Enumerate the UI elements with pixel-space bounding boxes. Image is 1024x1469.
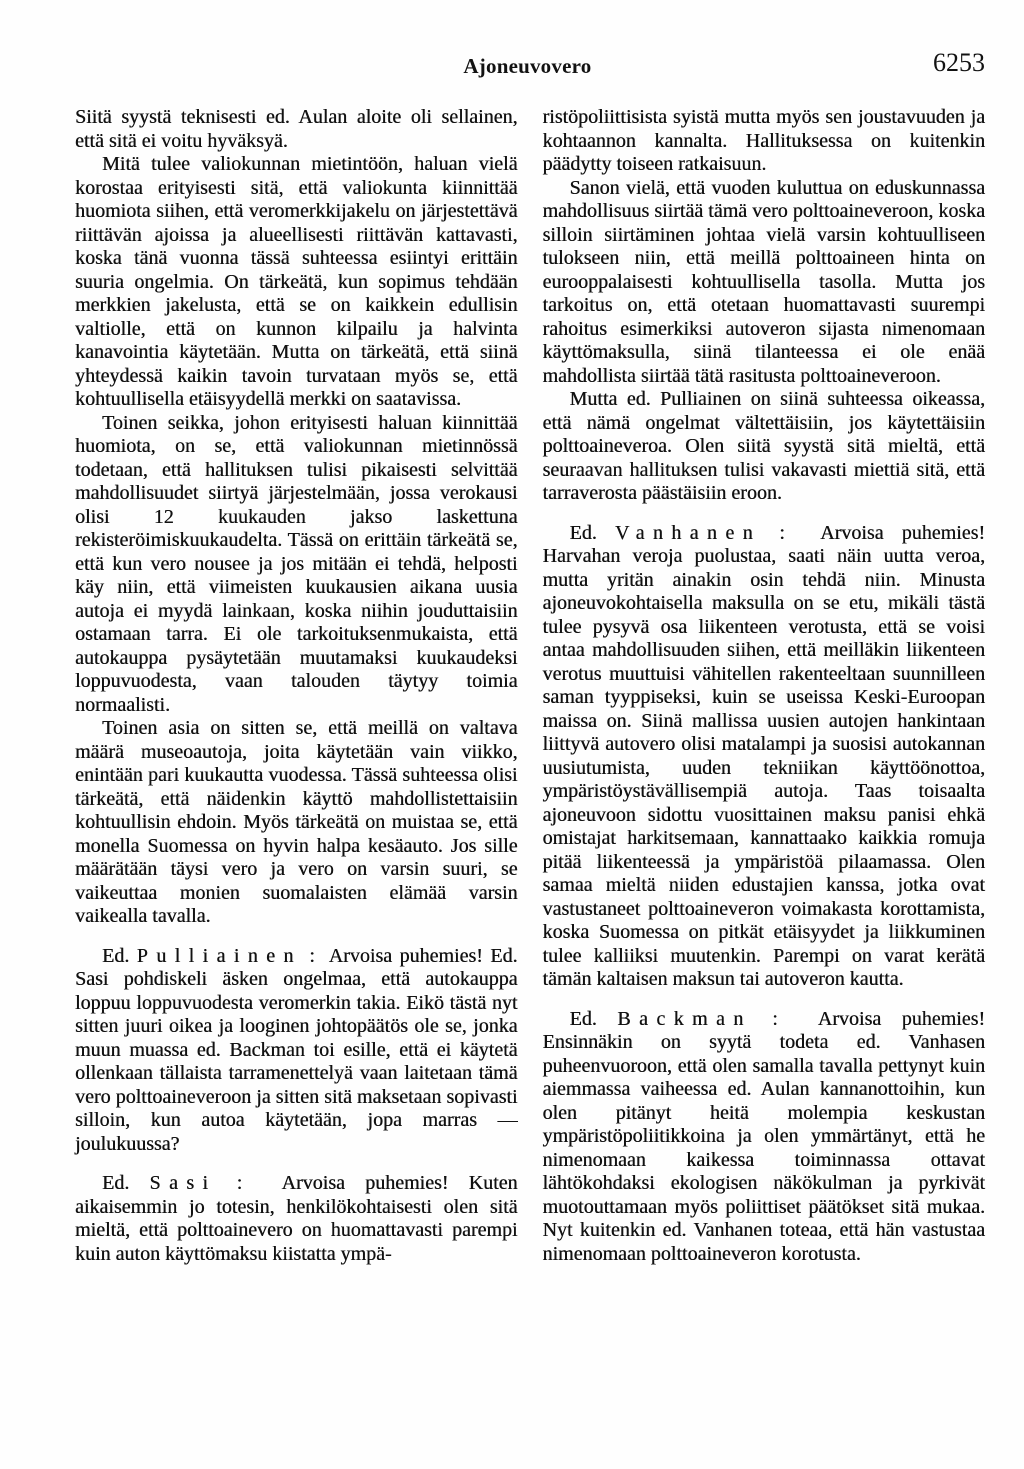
- speaker-name: Ed. Pulliainen :: [102, 945, 315, 967]
- right-column: ristöpoliittisista syistä mutta myös sen…: [543, 106, 986, 1266]
- speech-paragraph: Ed. Pulliainen : Arvoisa puhemies! Ed. S…: [75, 945, 518, 1157]
- text-columns: Siitä syystä teknisesti ed. Aulan aloite…: [75, 106, 985, 1266]
- document-page: Ajoneuvovero 6253 Siitä syystä teknisest…: [0, 0, 1024, 1469]
- paragraph: Mutta ed. Pulliainen on siinä suhteessa …: [543, 388, 986, 506]
- left-column: Siitä syystä teknisesti ed. Aulan aloite…: [75, 106, 518, 1266]
- speech-paragraph: Ed. Sasi : Arvoisa puhemies! Kuten aikai…: [75, 1172, 518, 1266]
- running-title: Ajoneuvovero: [463, 54, 591, 79]
- speech-paragraph: Ed. Backman : Arvoisa puhemies! Ensinnäk…: [543, 1008, 986, 1267]
- page-header: Ajoneuvovero 6253: [75, 50, 985, 82]
- page-number: 6253: [933, 48, 985, 78]
- speaker-name: Ed. Sasi :: [102, 1172, 242, 1194]
- paragraph: Sanon vielä, että vuoden kuluttua on edu…: [543, 177, 986, 389]
- paragraph: Toinen asia on sitten se, että meillä on…: [75, 717, 518, 929]
- paragraph: Mitä tulee valiokunnan mietintöön, halua…: [75, 153, 518, 412]
- paragraph: Toinen seikka, johon erityisesti haluan …: [75, 412, 518, 718]
- paragraph: ristöpoliittisista syistä mutta myös sen…: [543, 106, 986, 177]
- paragraph: Siitä syystä teknisesti ed. Aulan aloite…: [75, 106, 518, 153]
- speaker-name: Ed. Vanhanen :: [570, 522, 785, 544]
- speech-paragraph: Ed. Vanhanen : Arvoisa puhemies! Harvaha…: [543, 522, 986, 992]
- speaker-name: Ed. Backman :: [570, 1008, 778, 1030]
